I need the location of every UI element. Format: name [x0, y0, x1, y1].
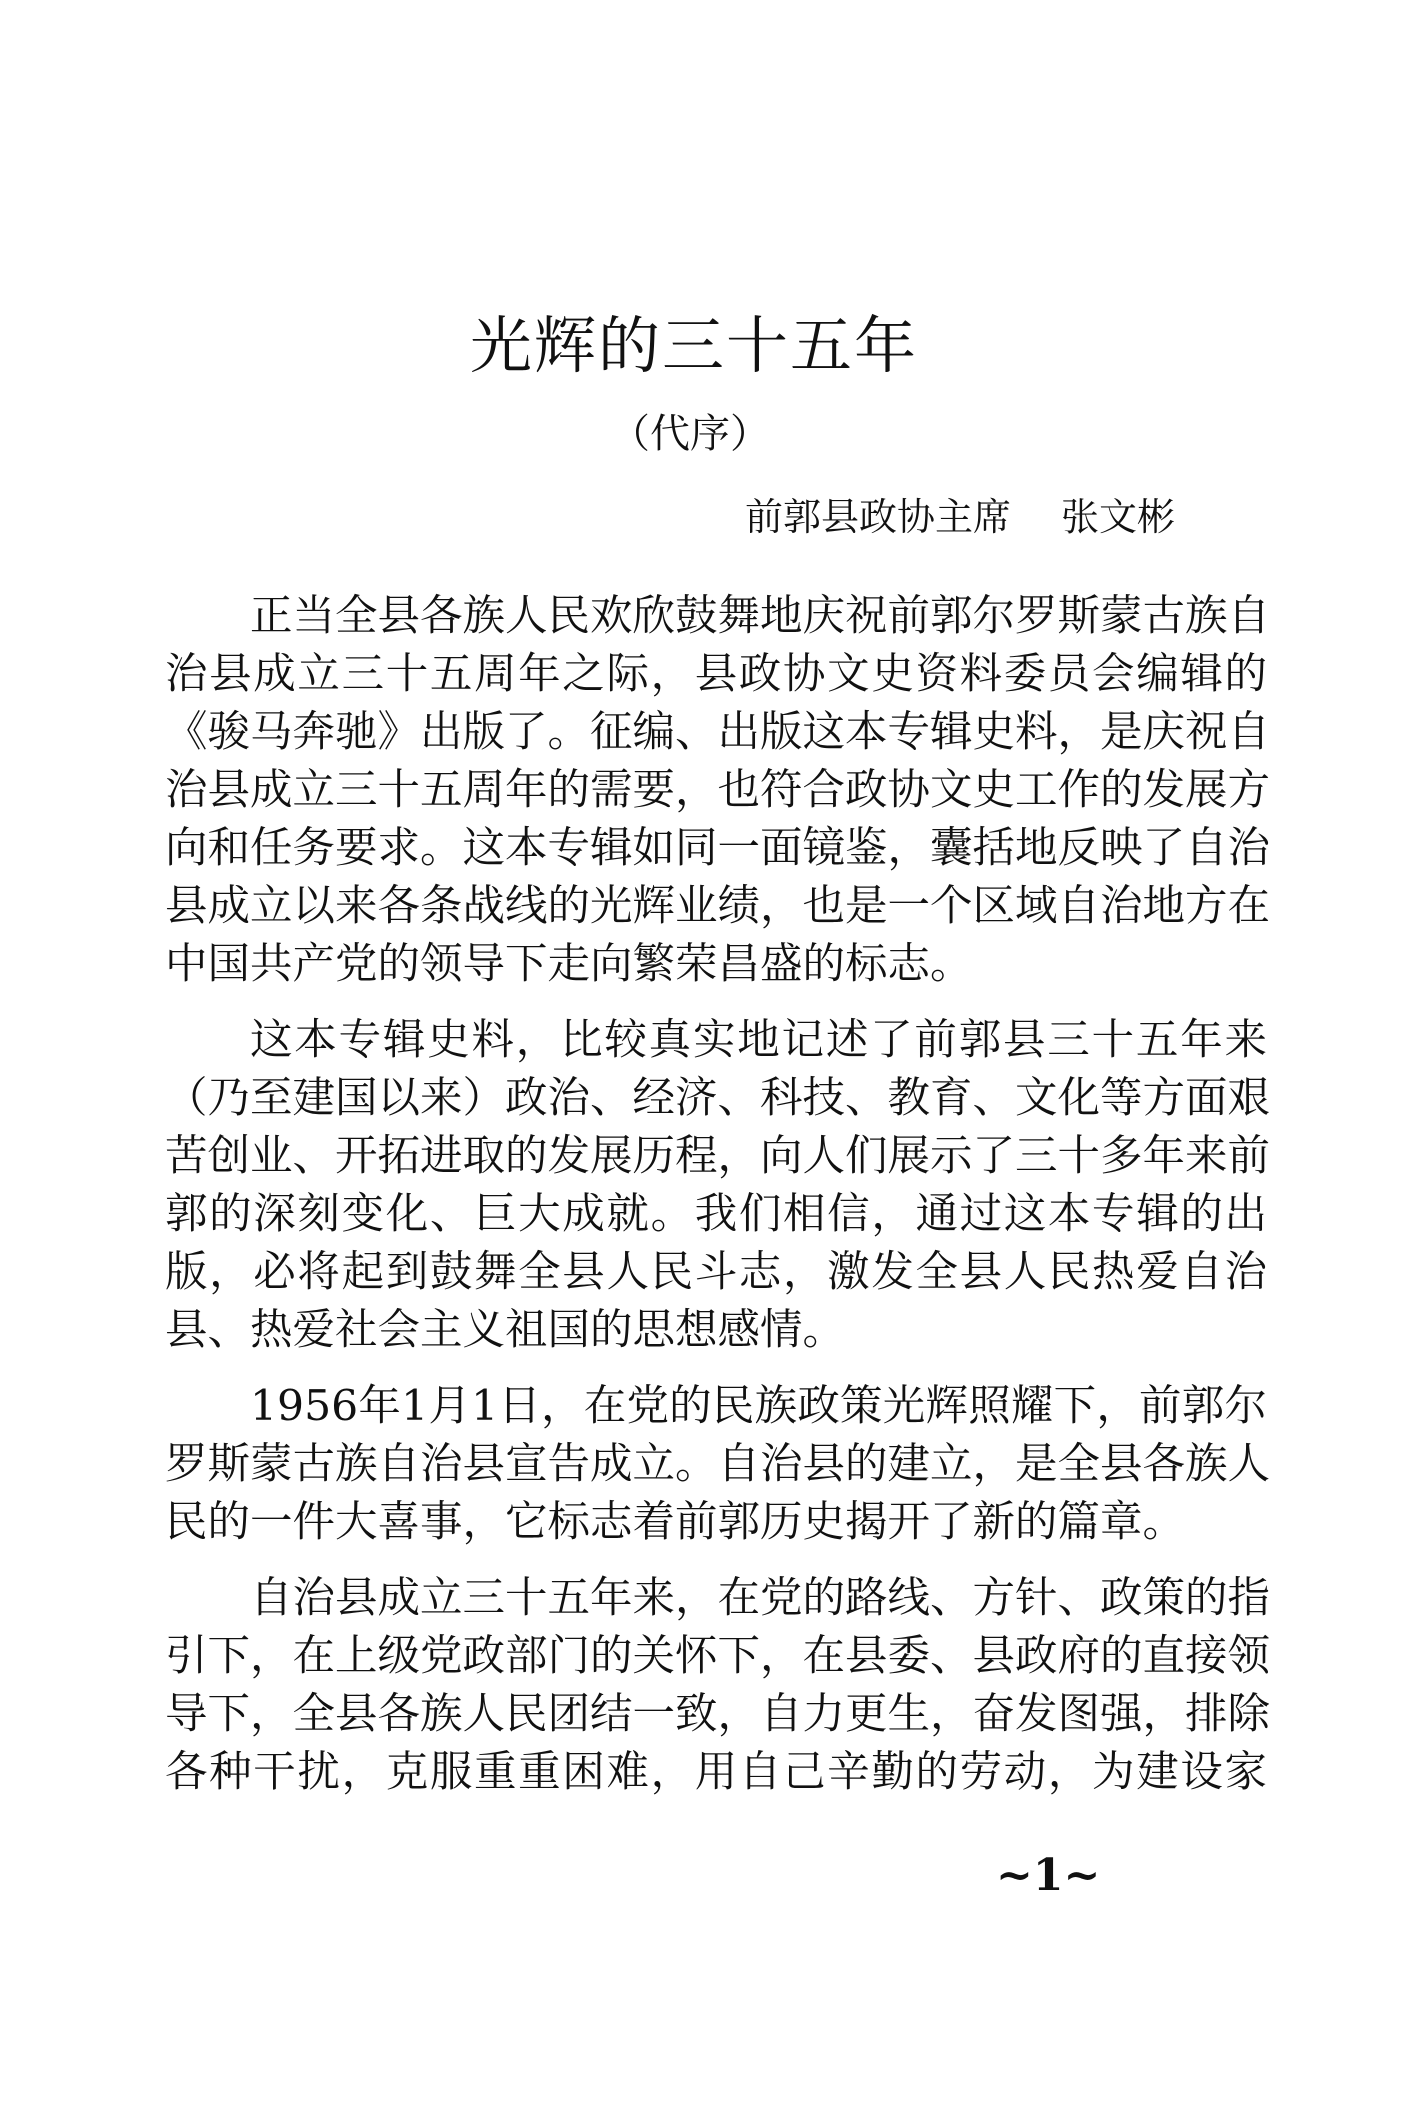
text-line: 民的一件大喜事，它标志着前郭历史揭开了新的篇章。	[165, 1494, 1267, 1552]
text-line: 县成立以来各条战线的光辉业绩，也是一个区域自治地方在	[165, 878, 1267, 936]
text-line: 《骏马奔驰》出版了。征编、出版这本专辑史料，是庆祝自	[165, 704, 1267, 762]
paragraph-gap	[165, 1552, 1267, 1570]
page-number: ~1~	[996, 1850, 1100, 1901]
paragraph-1: 正当全县各族人民欢欣鼓舞地庆祝前郭尔罗斯蒙古族自 治县成立三十五周年之际，县政协…	[165, 588, 1267, 994]
text-line: 各种干扰，克服重重困难，用自己辛勤的劳动，为建设家	[165, 1744, 1267, 1802]
paragraph-gap	[165, 1360, 1267, 1378]
text-line: 罗斯蒙古族自治县宣告成立。自治县的建立，是全县各族人	[165, 1436, 1267, 1494]
text-line: 这本专辑史料，比较真实地记述了前郭县三十五年来	[165, 1012, 1267, 1070]
text-line: 郭的深刻变化、巨大成就。我们相信，通过这本专辑的出	[165, 1186, 1267, 1244]
author-line: 前郭县政协主席张文彬	[745, 486, 1175, 541]
text-line: 导下，全县各族人民团结一致，自力更生，奋发图强，排除	[165, 1686, 1267, 1744]
paragraph-4: 自治县成立三十五年来，在党的路线、方针、政策的指 引下，在上级党政部门的关怀下，…	[165, 1570, 1267, 1802]
text-line: 治县成立三十五周年的需要，也符合政协文史工作的发展方	[165, 762, 1267, 820]
author-name: 张文彬	[1061, 495, 1175, 539]
text-line: 正当全县各族人民欢欣鼓舞地庆祝前郭尔罗斯蒙古族自	[165, 588, 1267, 646]
text-line: 县、热爱社会主义祖国的思想感情。	[165, 1302, 1267, 1360]
text-line: 引下，在上级党政部门的关怀下，在县委、县政府的直接领	[165, 1628, 1267, 1686]
text-line: 版，必将起到鼓舞全县人民斗志，激发全县人民热爱自治	[165, 1244, 1267, 1302]
text-line: 1956年1月1日，在党的民族政策光辉照耀下，前郭尔	[165, 1378, 1267, 1436]
text-line: 中国共产党的领导下走向繁荣昌盛的标志。	[165, 936, 1267, 994]
text-line: 苦创业、开拓进取的发展历程，向人们展示了三十多年来前	[165, 1128, 1267, 1186]
page-title: 光辉的三十五年	[470, 296, 920, 385]
paragraph-3: 1956年1月1日，在党的民族政策光辉照耀下，前郭尔 罗斯蒙古族自治县宣告成立。…	[165, 1378, 1267, 1552]
text-line: 向和任务要求。这本专辑如同一面镜鉴，囊括地反映了自治	[165, 820, 1267, 878]
text-line: （乃至建国以来）政治、经济、科技、教育、文化等方面艰	[165, 1070, 1267, 1128]
text-line: 治县成立三十五周年之际，县政协文史资料委员会编辑的	[165, 646, 1267, 704]
body-text: 正当全县各族人民欢欣鼓舞地庆祝前郭尔罗斯蒙古族自 治县成立三十五周年之际，县政协…	[165, 588, 1267, 1802]
paragraph-gap	[165, 994, 1267, 1012]
text-line: 自治县成立三十五年来，在党的路线、方针、政策的指	[165, 1570, 1267, 1628]
author-position: 前郭县政协主席	[745, 495, 1011, 539]
page-subtitle: （代序）	[610, 402, 770, 459]
paragraph-2: 这本专辑史料，比较真实地记述了前郭县三十五年来 （乃至建国以来）政治、经济、科技…	[165, 1012, 1267, 1360]
